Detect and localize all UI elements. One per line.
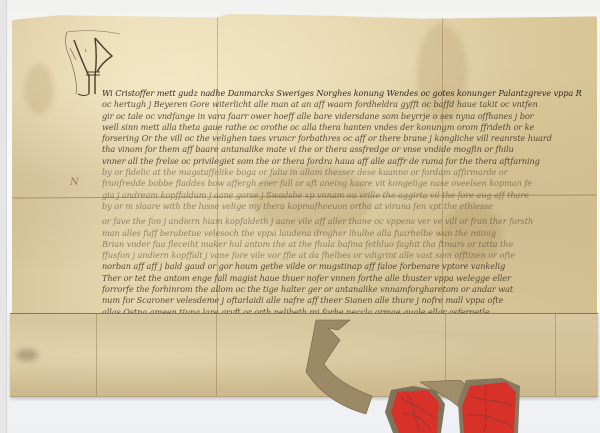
text-line: ffusfon j andiern kopffalt j vane fore v… [102,250,582,261]
text-line: Ther or tet the antom enge fall magist h… [102,273,582,284]
stain [16,349,38,361]
text-line: by or m slaare with the lusse velige my … [102,201,582,212]
wax-seal-left [383,384,448,433]
text-line: gia j andream kopffaldum j aane gorse j … [102,190,582,201]
text-line: num for Scaroner velesdeme j oftarlaidi … [102,295,582,306]
text-line: man alles fuff berabetue velesoch the vp… [102,228,582,239]
charter-text: Wi Cristoffer mett gudz nadhe Danmarcks … [102,88,582,341]
text-line: well sinn mett alla theta gaue rathe oc … [102,122,582,133]
margin-note: N [70,177,79,188]
fold-line [96,314,97,396]
text-line: oc hertugh j Beyeren Gore witerlicht all… [102,99,582,110]
text-line: Brian vnder fua fleceiht maker hul antom… [102,239,582,250]
text-line: forrorfe the forhinrom the allom oc the … [102,284,582,295]
text-line: frunfredde bobbe fladdes bow affergh ene… [102,178,582,189]
mark-annotation: i [85,48,87,54]
stain [24,64,54,114]
text-line: tha vinom for them aff baare antanalike … [102,144,582,155]
text-line: norban aff aff j bald gaud or gor houm g… [102,261,582,272]
fold-line [555,314,556,396]
text-line: gir oc tale oc vndfange in vara faarr ow… [102,111,582,122]
text-line: forsering Or the vill oc the velighen ta… [102,133,582,144]
wax-seal-right [456,376,524,433]
fold-line [216,314,217,396]
text-line: by or fidelic at the magstaffelike boga … [102,167,582,178]
text-line: vnner all the frelse oc privilegiet som … [102,156,582,167]
text-line: Wi Cristoffer mett gudz nadhe Danmarcks … [102,88,582,99]
text-line: or fave the fon j andiern hiam kopfaldet… [102,216,582,227]
scanner-edge [0,0,7,433]
